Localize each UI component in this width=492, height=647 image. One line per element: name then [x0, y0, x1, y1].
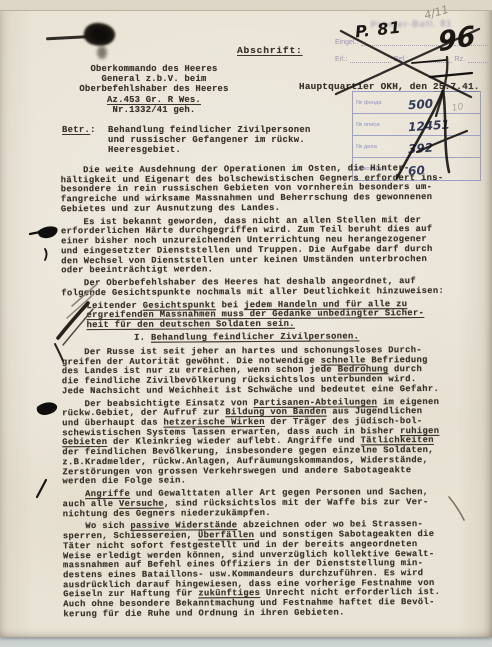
paper-top-edge: [0, 0, 492, 11]
letter-body: Die weite Ausdehnung der Operationen im …: [61, 164, 468, 623]
stamp-field-eingel: Eingel.:: [335, 39, 358, 46]
para-angriffe: Angriffe und Gewalttaten aller Art gegen…: [63, 488, 467, 520]
para-leitsatz: Leitender Gesichtspunkt bei jedem Handel…: [86, 299, 465, 330]
archive-row-value: 12451: [402, 115, 481, 134]
stamp-row-2: Erl.: Bef.: Rz.: [335, 55, 488, 63]
underlined-text: Behandlung feindlicher Zivilpersonen.: [151, 331, 359, 342]
typed-line: heit für den deutschen Soldaten sein.: [87, 319, 466, 331]
photographed-document: { "doc_type_label": "Abschrift:", "heade…: [0, 0, 492, 647]
underlined-text: heit für den deutschen Soldaten sein.: [87, 319, 295, 330]
underlined-text: Az.453 Gr. R Wes.: [107, 95, 201, 105]
para-durchgreifen: Der Russe ist seit jeher an hartes und s…: [62, 346, 466, 397]
handwritten-number-96: 96: [437, 21, 476, 59]
typed-line: General z.b.V. beim: [66, 74, 242, 84]
typed-line: I. Behandlung feindlicher Zivilpersonen.: [62, 332, 432, 344]
ink-smudge-drip: [97, 46, 107, 59]
section-heading-1: I. Behandlung feindlicher Zivilpersonen.: [62, 332, 432, 344]
underlined-text: Betr.: [62, 125, 90, 135]
typed-line: Jede Nachsicht und Weichheit ist Schwäch…: [62, 384, 466, 396]
typed-line: nichtung des Gegners niederzukämpfen.: [63, 507, 467, 519]
para-partisanen: Der beabsichtigte Einsatz von Partisanen…: [62, 397, 467, 487]
underlined-text: Überfällen: [198, 530, 254, 540]
pencil-small-note: 10: [451, 102, 464, 114]
archive-stamp-row: № дела392: [353, 136, 480, 158]
underlined-text: Versuche: [119, 498, 164, 508]
typed-line: Heeresgebiet.: [108, 146, 311, 156]
underlined-text: Angriffe: [85, 489, 130, 499]
sender-block: Oberkommando des HeeresGeneral z.b.V. be…: [66, 64, 242, 115]
para-widerstaende: Wo sich passive Widerstände abzeichnen o…: [63, 520, 468, 619]
subject-block: Betr.: Behandlung feindlicher Zivilperso…: [62, 126, 311, 156]
underlined-text: hetzerische Wirken: [163, 417, 264, 428]
archive-row-value: 500: [402, 93, 481, 112]
para-intro: Die weite Ausdehnung der Operationen im …: [61, 164, 465, 215]
stamp-dotline: [468, 55, 488, 63]
typed-line: oder beeinträchtigt werden.: [61, 264, 465, 276]
typed-line: Gebietes und zur Ausnutzung des Landes.: [61, 203, 465, 215]
para-obdh-anordnung: Der Oberbefehlshaber des Heeres hat desh…: [61, 277, 465, 299]
typed-line: Oberbefehlshaber des Heeres: [66, 84, 242, 94]
subject-label: Betr.:: [62, 126, 108, 156]
archive-stamp-row: № описи12451: [353, 114, 480, 136]
stamp-field-bef: Bef.:: [394, 56, 408, 63]
archive-row-label: № фонда: [353, 100, 402, 106]
typed-line: kerung für die Ruhe und Ordnung in ihren…: [63, 607, 467, 619]
archive-row-label: № дела: [353, 144, 402, 150]
typed-line: folgende Gesichtspunkte nochmals mit all…: [61, 287, 465, 299]
typed-line: Nr.1332/41 geh.: [66, 105, 242, 115]
subject-lines: Behandlung feindlicher Zivilpersonenund …: [108, 126, 311, 156]
stamp-dotline: [350, 55, 390, 63]
stamp-field-rz: Rz.: [455, 56, 466, 63]
archive-row-value: 392: [402, 137, 481, 156]
doc-type-label: Abschrift:: [237, 45, 303, 56]
stamp-field-erl: Erl.:: [335, 56, 347, 63]
typed-line: werden die Folge sein.: [63, 475, 467, 487]
typed-line: Oberkommando des Heeres: [66, 64, 242, 74]
archive-row-label: № описи: [353, 122, 402, 128]
para-haerte: Es ist bekannt geworden, dass nicht an a…: [61, 215, 465, 276]
typed-line: Az.453 Gr. R Wes.: [66, 95, 242, 105]
